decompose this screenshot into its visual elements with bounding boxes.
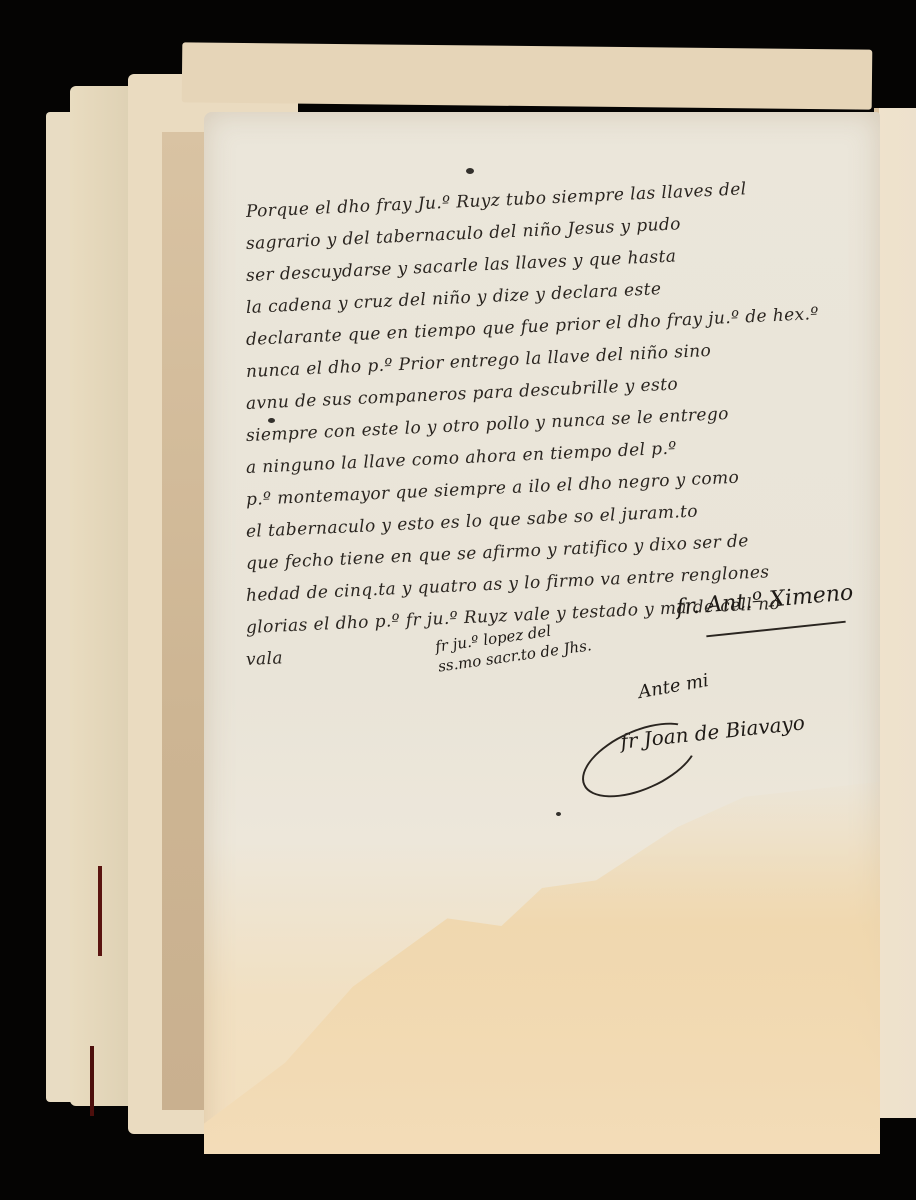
ink-spot [268,418,275,423]
water-stain [204,774,880,1154]
ink-spot [466,168,474,174]
red-ribbon-mark [98,866,102,956]
top-leaf-edge [182,42,873,109]
red-ribbon-mark [90,1046,94,1116]
ink-spot [556,812,561,816]
facing-page-edge [878,108,916,1118]
